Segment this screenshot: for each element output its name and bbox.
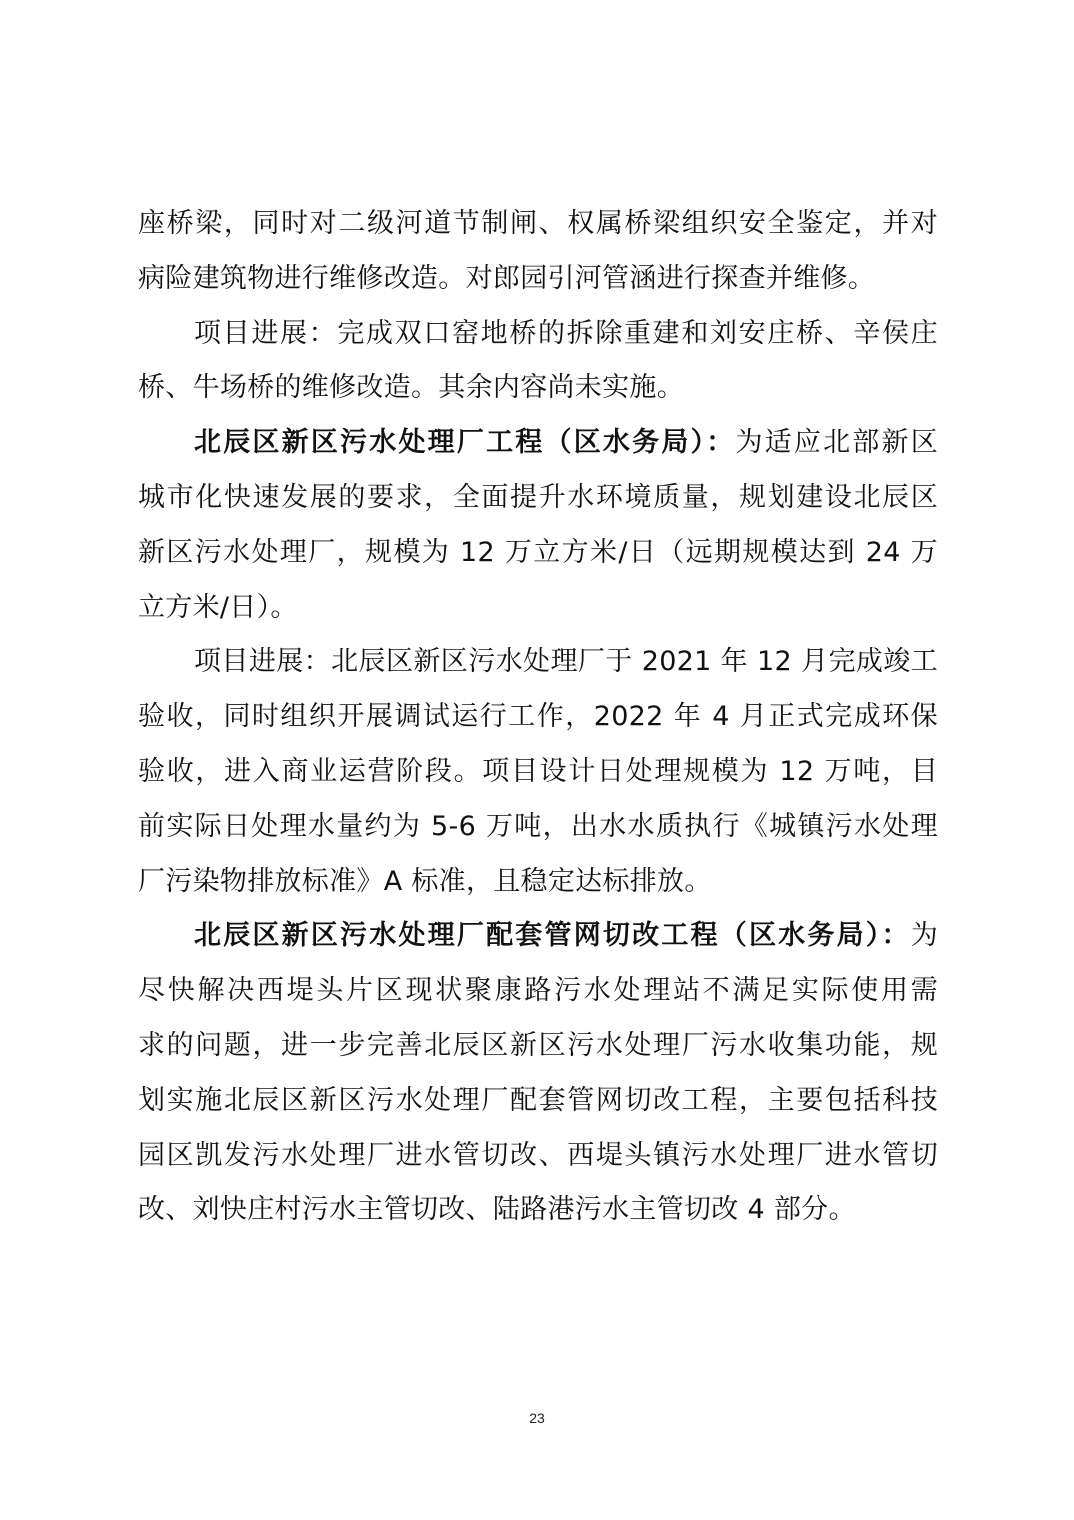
text-line: 园区凯发污水处理厂进水管切改、西堤头镇污水处理厂进水管切 (138, 1129, 938, 1184)
text-line: 项目进展：北辰区新区污水处理厂于 2021 年 12 月完成竣工 (138, 635, 938, 690)
text-line: 验收，进入商业运营阶段。项目设计日处理规模为 12 万吨，目 (138, 745, 938, 800)
section-heading: 北辰区新区污水处理厂工程（区水务局）： (194, 427, 735, 458)
text-run: 为适应北部新区 (735, 427, 938, 458)
text-line: 求的问题，进一步完善北辰区新区污水处理厂污水收集功能，规 (138, 1019, 938, 1074)
section-heading: 北辰区新区污水处理厂配套管网切改工程（区水务局）： (194, 920, 911, 951)
document-body: 座桥梁，同时对二级河道节制闸、权属桥梁组织安全鉴定，并对 病险建筑物进行维修改造… (138, 197, 938, 1238)
text-run: 为 (911, 920, 938, 951)
text-line: 项目进展：完成双口窑地桥的拆除重建和刘安庄桥、辛侯庄 (138, 307, 938, 362)
page-number: 23 (0, 1410, 1074, 1426)
text-line: 前实际日处理水量约为 5-6 万吨，出水水质执行《城镇污水处理 (138, 800, 938, 855)
text-line: 尽快解决西堤头片区现状聚康路污水处理站不满足实际使用需 (138, 964, 938, 1019)
text-line: 厂污染物排放标准》A 标准，且稳定达标排放。 (138, 855, 938, 910)
text-line: 座桥梁，同时对二级河道节制闸、权属桥梁组织安全鉴定，并对 (138, 197, 938, 252)
text-line: 桥、牛场桥的维修改造。其余内容尚未实施。 (138, 361, 938, 416)
text-line: 城市化快速发展的要求，全面提升水环境质量，规划建设北辰区 (138, 471, 938, 526)
document-page: 座桥梁，同时对二级河道节制闸、权属桥梁组织安全鉴定，并对 病险建筑物进行维修改造… (0, 0, 1074, 1520)
text-line: 划实施北辰区新区污水处理厂配套管网切改工程，主要包括科技 (138, 1074, 938, 1129)
paragraph-first-line: 北辰区新区污水处理厂工程（区水务局）：为适应北部新区 (138, 416, 938, 471)
text-line: 立方米/日）。 (138, 581, 938, 636)
text-line: 验收，同时组织开展调试运行工作，2022 年 4 月正式完成环保 (138, 690, 938, 745)
text-line: 新区污水处理厂，规模为 12 万立方米/日（远期规模达到 24 万 (138, 526, 938, 581)
text-line: 病险建筑物进行维修改造。对郎园引河管涵进行探查并维修。 (138, 252, 938, 307)
paragraph-first-line: 北辰区新区污水处理厂配套管网切改工程（区水务局）：为 (138, 909, 938, 964)
text-line: 改、刘快庄村污水主管切改、陆路港污水主管切改 4 部分。 (138, 1183, 938, 1238)
